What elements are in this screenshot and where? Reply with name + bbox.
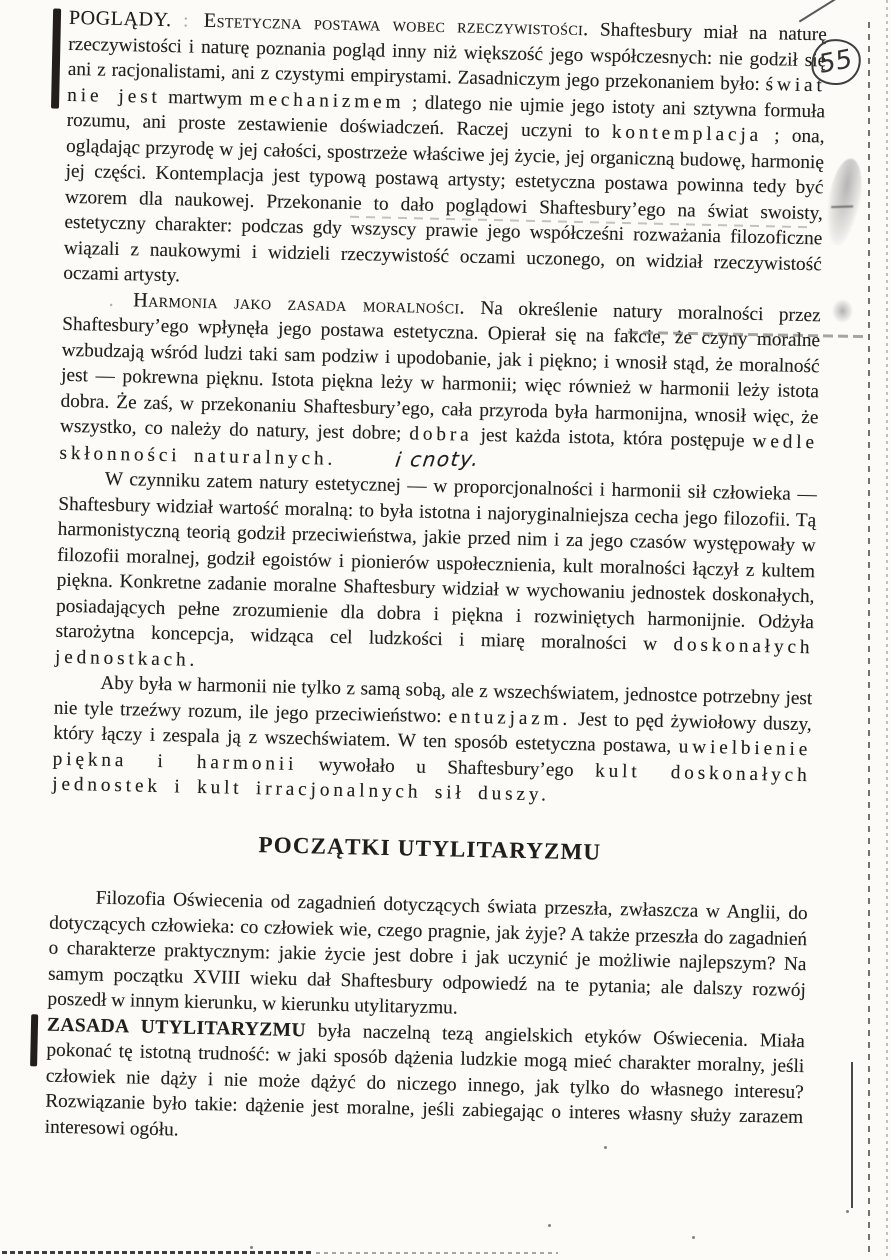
body-text-segment: Na określenie natury moralności przez Sh… bbox=[60, 297, 821, 444]
runin-header-zasada-utylitaryzmu: ZASADA UTYLITARYZMU bbox=[47, 1014, 306, 1041]
handwritten-margin-note: i cnoty. bbox=[347, 446, 481, 473]
scan-artifact-speck bbox=[846, 1210, 849, 1213]
scan-artifact-dots: : bbox=[183, 10, 204, 31]
emphasized-text: mechanizmem bbox=[249, 88, 404, 112]
page-number: 55 bbox=[819, 44, 853, 80]
body-text-segment: ; ona, oglądając przyrodę w jej całości,… bbox=[63, 125, 825, 286]
scan-artifact-bottom-dashes-faint bbox=[316, 1252, 558, 1254]
scanned-page: POGLĄDY. : Estetyczna postawa wobec rzec… bbox=[0, 0, 891, 1260]
emphasized-text: kontemplacja bbox=[612, 122, 763, 146]
body-text-segment: Filozofia Oświecenia od zagadnień dotycz… bbox=[47, 888, 808, 1019]
scan-artifact-bottom-dashes bbox=[2, 1251, 314, 1254]
runin-header-estetyczna-postawa: Estetyczna postawa wobec rzeczywistości. bbox=[204, 10, 589, 40]
scan-artifact-right-rule bbox=[851, 1062, 853, 1208]
margin-emphasis-bar bbox=[51, 9, 61, 109]
scan-artifact-speck bbox=[548, 1224, 551, 1227]
body-text-segment: wywołało u Shaftesbury’ego bbox=[319, 754, 596, 781]
scan-artifact-dot: . bbox=[109, 289, 134, 311]
scan-artifact-right-dashed-edge bbox=[868, 22, 870, 1254]
paragraph-filozofia-oswiecenia: Filozofia Oświecenia od zagadnień dotycz… bbox=[47, 885, 808, 1029]
scan-artifact-speck bbox=[604, 1146, 607, 1149]
body-text-segment: jest każda istota, która postępuje bbox=[480, 425, 752, 452]
paragraph-harmonia: . Harmonia jako zasada moralności. Na ok… bbox=[59, 286, 821, 482]
scan-artifact-speck bbox=[250, 1246, 253, 1249]
scan-artifact-speck bbox=[692, 1236, 695, 1239]
paragraph-entuzjazm: Aby była w harmonii nie tylko z samą sob… bbox=[52, 670, 813, 814]
body-text-segment: martwym bbox=[168, 87, 250, 110]
margin-emphasis-bar bbox=[30, 1014, 38, 1066]
runin-header-poglady: POGLĄDY. bbox=[69, 7, 172, 31]
scan-artifact-diagonal-mark bbox=[799, 0, 837, 23]
emphasized-text: entuzjazm. bbox=[448, 706, 571, 730]
body-text-segment: W czynniku zatem natury estetycznej — w … bbox=[55, 469, 817, 655]
paragraph-zasada-utylitaryzmu: ZASADA UTYLITARYZMU była naczelną tezą a… bbox=[44, 1012, 805, 1156]
text-block: POGLĄDY. : Estetyczna postawa wobec rzec… bbox=[44, 6, 827, 1156]
scan-artifact-smudge bbox=[832, 299, 853, 323]
paragraph-poglady: POGLĄDY. : Estetyczna postawa wobec rzec… bbox=[63, 6, 827, 303]
emphasized-text: dobra bbox=[409, 423, 473, 445]
section-heading-poczatki-utylitaryzmu: POCZĄTKI UTYLITARYZMU bbox=[51, 827, 809, 869]
scan-artifact-page-edge-line bbox=[886, 0, 888, 1260]
paragraph-czynnik-estetyczny: W czynniku zatem natury estetycznej — w … bbox=[55, 466, 817, 686]
scan-artifact-smudge bbox=[821, 156, 868, 248]
